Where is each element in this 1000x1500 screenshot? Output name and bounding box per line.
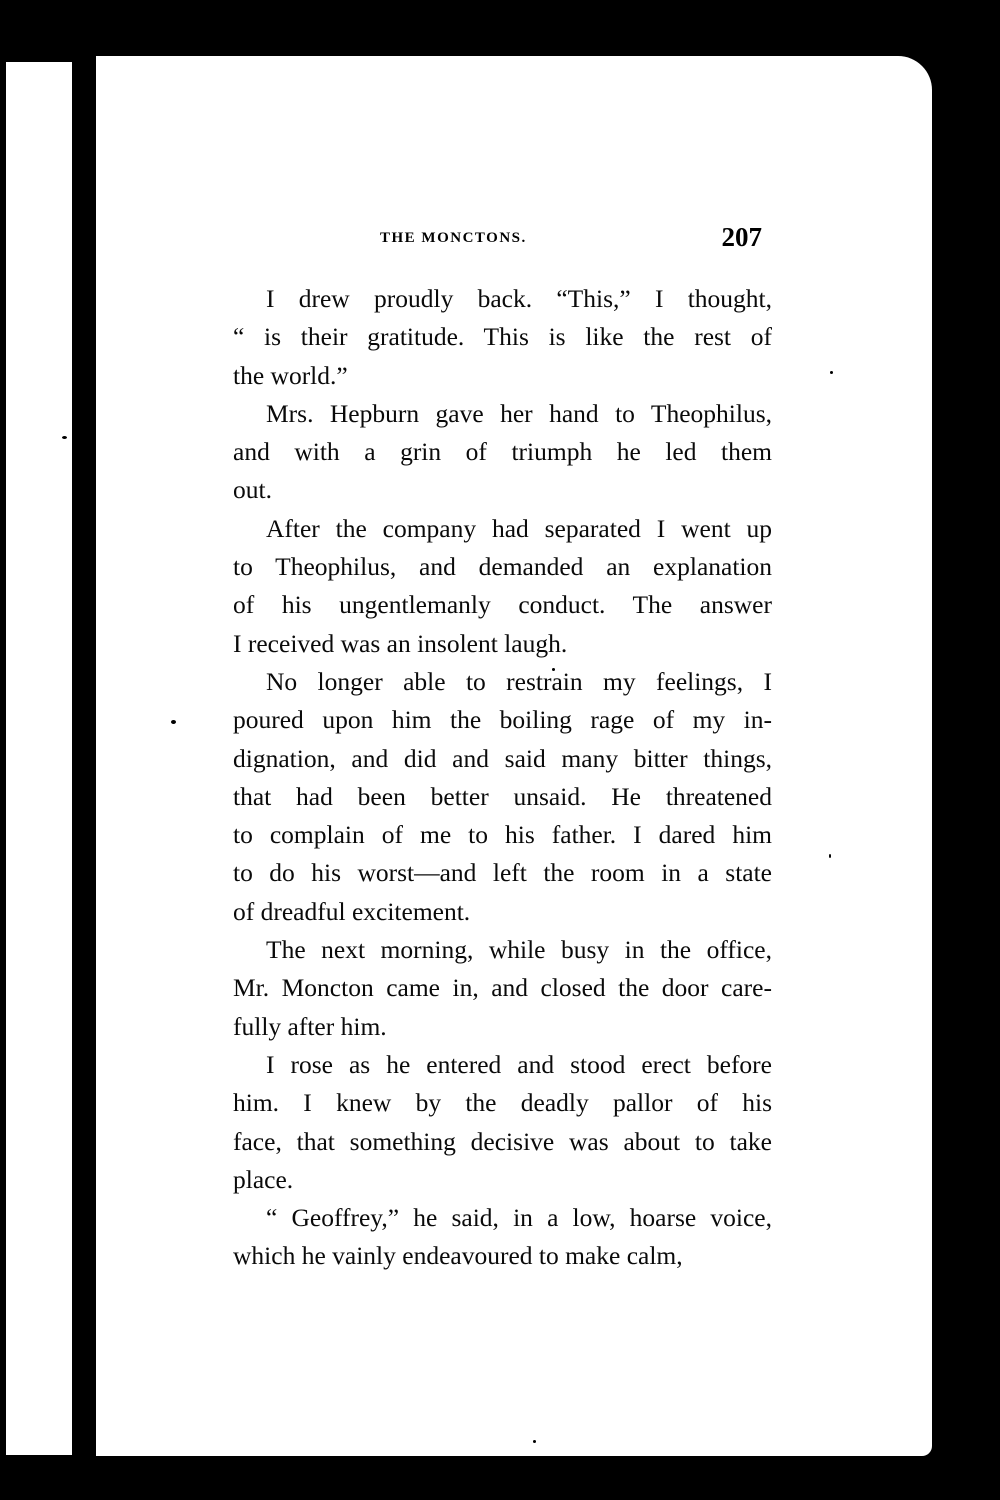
running-header: THE MONCTONS. 207 (380, 222, 762, 254)
text-line: place. (200, 1161, 772, 1199)
text-line: the world.” (200, 357, 772, 395)
text-line: I rose as he entered and stood erect bef… (200, 1046, 772, 1084)
text-line: him. I knew by the deadly pallor of his (200, 1084, 772, 1122)
text-line: which he vainly endeavoured to make calm… (200, 1237, 772, 1275)
text-line: dignation, and did and said many bitter … (200, 740, 772, 778)
text-line: out. (200, 471, 772, 509)
paragraph: “ Geoffrey,” he said, in a low, hoarse v… (200, 1199, 772, 1276)
text-line: and with a grin of triumph he led them (200, 433, 772, 471)
paragraph: The next morning, while busy in the offi… (200, 931, 772, 1046)
text-line: “ is their gratitude. This is like the r… (200, 318, 772, 356)
scan-speck (829, 854, 831, 858)
scanned-book-page: THE MONCTONS. 207 I drew proudly back. “… (0, 0, 1000, 1500)
text-line: of his ungentlemanly conduct. The answer (200, 586, 772, 624)
text-line: I received was an insolent laugh. (200, 625, 772, 663)
paragraph: After the company had separated I went u… (200, 510, 772, 663)
text-line: Mr. Moncton came in, and closed the door… (200, 969, 772, 1007)
text-line: I drew proudly back. “This,” I thought, (200, 280, 772, 318)
paragraph: Mrs. Hepburn gave her hand to Theophilus… (200, 395, 772, 510)
running-title: THE MONCTONS. (380, 230, 527, 247)
paragraph: No longer able to restrain my feelings, … (200, 663, 772, 931)
text-line: poured upon him the boiling rage of my i… (200, 701, 772, 739)
text-line: to complain of me to his father. I dared… (200, 816, 772, 854)
body-text: I drew proudly back. “This,” I thought,“… (200, 280, 772, 1276)
text-line: that had been better unsaid. He threaten… (200, 778, 772, 816)
scan-speck (171, 720, 176, 724)
scan-speck (830, 371, 833, 374)
paragraph: I rose as he entered and stood erect bef… (200, 1046, 772, 1199)
text-line: face, that something decisive was about … (200, 1123, 772, 1161)
text-line: The next morning, while busy in the offi… (200, 931, 772, 969)
scan-speck (533, 1440, 536, 1443)
text-line: to Theophilus, and demanded an explanati… (200, 548, 772, 586)
text-line: “ Geoffrey,” he said, in a low, hoarse v… (200, 1199, 772, 1237)
text-line: fully after him. (200, 1008, 772, 1046)
adjacent-page-edge (6, 62, 72, 1455)
text-line: Mrs. Hepburn gave her hand to Theophilus… (200, 395, 772, 433)
text-line: After the company had separated I went u… (200, 510, 772, 548)
text-line: No longer able to restrain my feelings, … (200, 663, 772, 701)
paragraph: I drew proudly back. “This,” I thought,“… (200, 280, 772, 395)
scan-speck (62, 436, 67, 439)
text-line: to do his worst—and left the room in a s… (200, 854, 772, 892)
text-line: of dreadful excitement. (200, 893, 772, 931)
page-number: 207 (722, 222, 763, 253)
